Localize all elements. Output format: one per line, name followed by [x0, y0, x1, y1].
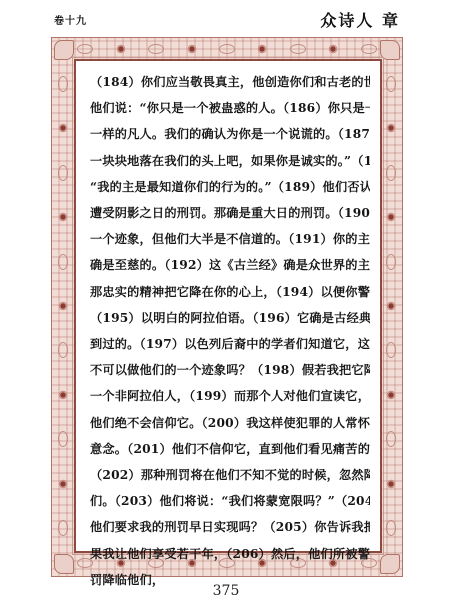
scroll-ornament-icon — [58, 165, 68, 181]
scroll-ornament-icon — [386, 342, 396, 358]
scroll-ornament-icon — [386, 431, 396, 447]
text-line: （202）那种刑罚将在他们不知不觉的时候，忽然降临他 — [90, 462, 370, 488]
text-line: 一个迹象，但他们大半是不信道的。（191）你的主确是万能的， — [90, 226, 370, 252]
scroll-ornament-icon — [386, 520, 396, 536]
text-line: 确是至慈的。（192）这《古兰经》确是众世界的主所启示的。（193） — [90, 252, 370, 278]
left-ornament-band — [54, 60, 72, 552]
running-head-left: 卷十九 — [54, 12, 87, 27]
scroll-ornament-icon — [58, 254, 68, 270]
text-line: （184）你们应当敬畏真主，他创造你们和古老的世代。”（185） — [90, 69, 370, 95]
text-line: （195）以明白的阿拉伯语。（196）它确是古经典中被提 — [90, 305, 370, 331]
knot-ornament-icon — [386, 212, 396, 222]
scroll-ornament-icon — [386, 254, 396, 270]
text-line: 果我让他们享受若干年，（206）然后，他们所被警告的刑 — [90, 541, 370, 567]
knot-ornament-icon — [187, 44, 197, 54]
knot-ornament-icon — [58, 212, 68, 222]
text-line: 意念。（201）他们不信仰它，直到他们看见痛苦的刑罚。 — [90, 436, 370, 462]
knot-ornament-icon — [257, 44, 267, 54]
knot-ornament-icon — [58, 479, 68, 489]
knot-ornament-icon — [116, 44, 126, 54]
text-panel: （184）你们应当敬畏真主，他创造你们和古老的世代。”（185） 他们说：“你只… — [74, 59, 382, 553]
knot-ornament-icon — [58, 301, 68, 311]
scroll-ornament-icon — [58, 520, 68, 536]
text-line: 他们要求我的刑罚早日实现吗？（205）你告诉我把，如 — [90, 514, 370, 540]
text-line: 他们说：“你只是一个被蛊惑的人。（186）你只是一个象我们 — [90, 95, 370, 121]
knot-ornament-icon — [386, 390, 396, 400]
text-line: 那忠实的精神把它降在你的心上，（194）以便你警告众人， — [90, 279, 370, 305]
scroll-ornament-icon — [148, 44, 164, 54]
text-line: 他们绝不会信仰它。（200）我这样使犯罪的人常怀否认的 — [90, 410, 370, 436]
knot-ornament-icon — [58, 123, 68, 133]
ornamental-border: （184）你们应当敬畏真主，他创造你们和古老的世代。”（185） 他们说：“你只… — [51, 37, 403, 577]
scroll-ornament-icon — [58, 76, 68, 92]
text-line: 遭受阴影之日的刑罚。那确是重大日的刑罚。（190）此中确有 — [90, 200, 370, 226]
text-line: 们。（203）他们将说：“我们将蒙宽限吗？”（204）难道 — [90, 488, 370, 514]
right-ornament-band — [382, 60, 400, 552]
text-line: 一个非阿拉伯人，（199）而那个人对他们宣读它，那末， — [90, 383, 370, 409]
text-line: 一块块地落在我们的头上吧，如果你是诚实的。”（188）他说： — [90, 148, 370, 174]
verse-text: （184）你们应当敬畏真主，他创造你们和古老的世代。”（185） 他们说：“你只… — [90, 69, 370, 593]
top-ornament-band — [66, 40, 388, 58]
text-line: 不可以做他们的一个迹象吗？（198）假若我把它降示给 — [90, 357, 370, 383]
scroll-ornament-icon — [361, 44, 377, 54]
scroll-ornament-icon — [58, 342, 68, 358]
running-head-right: 众诗人 章 — [320, 8, 400, 31]
scroll-ornament-icon — [386, 76, 396, 92]
scroll-ornament-icon — [219, 44, 235, 54]
page-number: 375 — [0, 583, 452, 599]
scroll-ornament-icon — [290, 44, 306, 54]
knot-ornament-icon — [386, 479, 396, 489]
text-line: 到过的。（197）以色列后裔中的学者们知道它，这难道还 — [90, 331, 370, 357]
knot-ornament-icon — [386, 301, 396, 311]
knot-ornament-icon — [386, 123, 396, 133]
text-line: 一样的凡人。我们的确认为你是一个说谎的。（187）你使天 — [90, 121, 370, 147]
scroll-ornament-icon — [77, 44, 93, 54]
knot-ornament-icon — [58, 390, 68, 400]
knot-ornament-icon — [328, 44, 338, 54]
text-line: “我的主是最知道你们的行为的。”（189）他们否认他，他们就 — [90, 174, 370, 200]
scroll-ornament-icon — [58, 431, 68, 447]
scroll-ornament-icon — [386, 165, 396, 181]
